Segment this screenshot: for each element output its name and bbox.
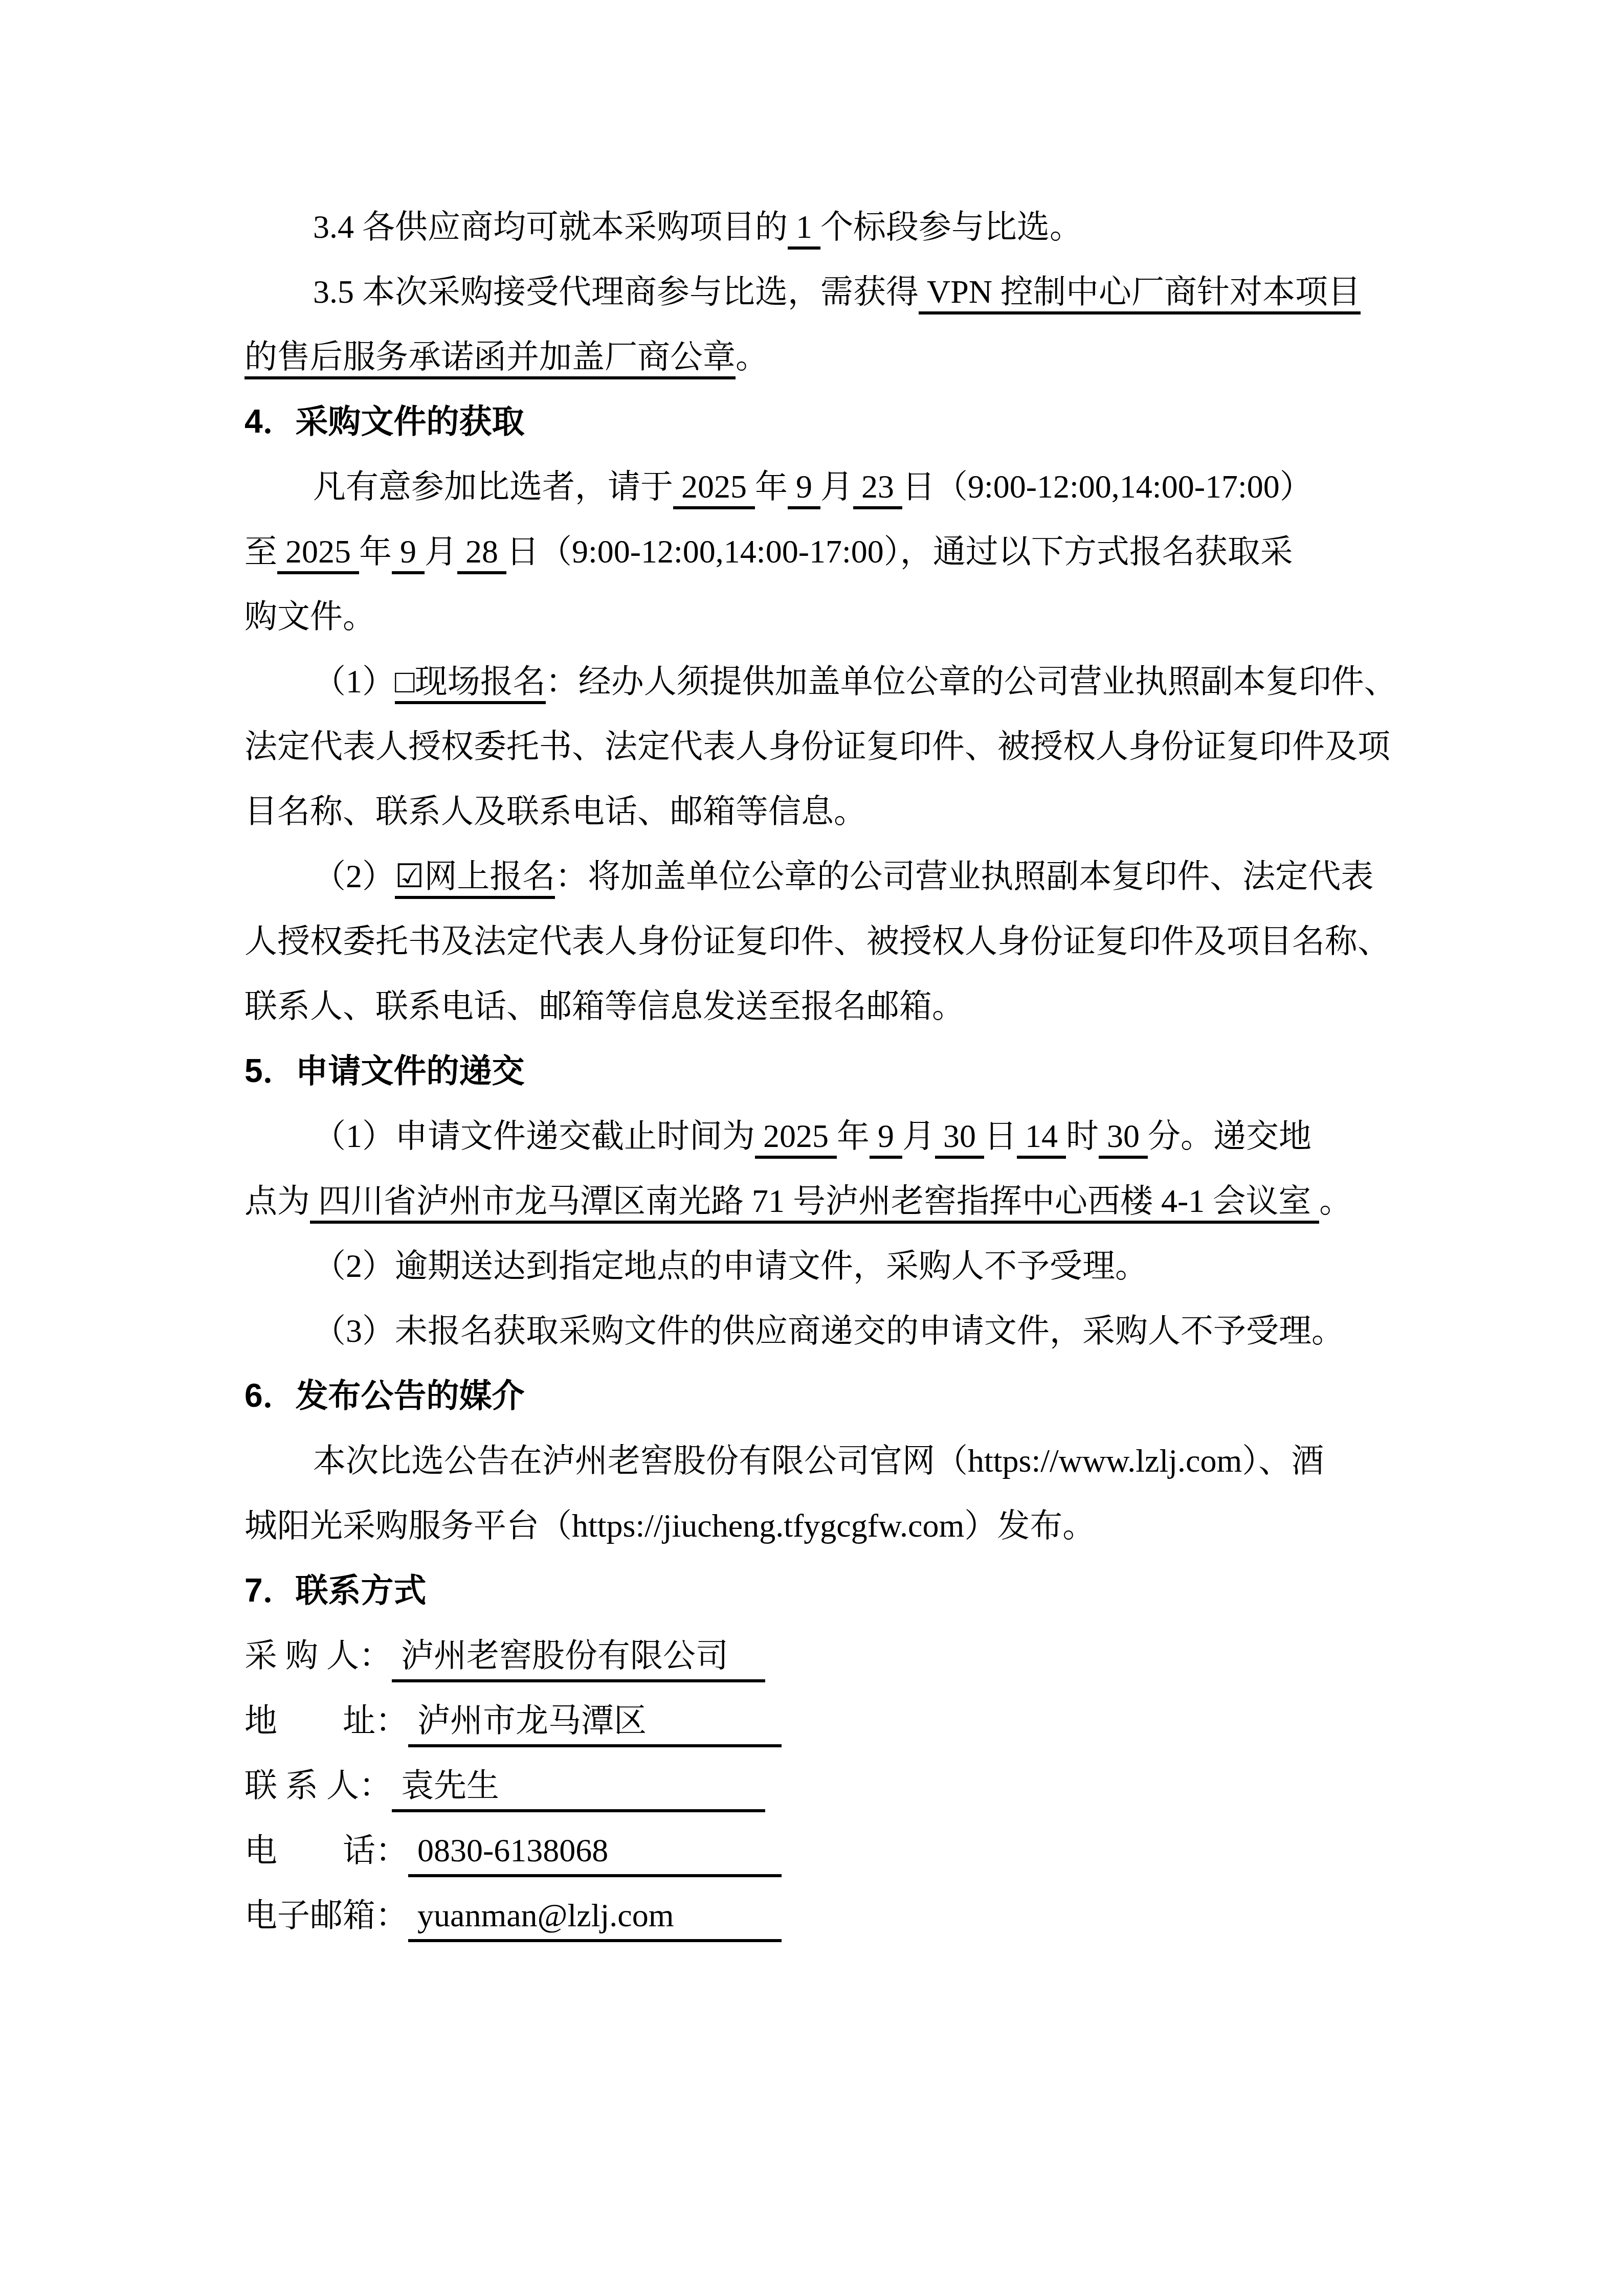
onsite-registration-line-3: 目名称、联系人及联系电话、邮箱等信息。 bbox=[244, 779, 1393, 844]
text: ：经办人须提供加盖单位公章的公司营业执照副本复印件、 bbox=[546, 663, 1397, 700]
contact-purchaser-value: 泸州老窖股份有限公司 bbox=[392, 1639, 765, 1682]
text: 个标段参与比选。 bbox=[820, 209, 1082, 245]
heading-text: 7．联系方式 bbox=[244, 1572, 427, 1609]
filled-blank-day: 30 bbox=[935, 1118, 984, 1159]
heading-text: 4．采购文件的获取 bbox=[244, 403, 525, 440]
text: 月 bbox=[425, 533, 457, 570]
text: 购文件。 bbox=[244, 598, 375, 635]
contact-label: 联 系 人： bbox=[244, 1767, 392, 1804]
filled-blank-month: 9 bbox=[870, 1118, 902, 1159]
text: 本次比选公告在泸州老窖股份有限公司官网（https://www.lzlj.com… bbox=[313, 1443, 1324, 1479]
checkbox-unchecked-icon: □ bbox=[395, 663, 415, 704]
text: 凡有意参加比选者，请于 bbox=[313, 468, 673, 505]
contact-email-value: yuanman@lzlj.com bbox=[408, 1899, 782, 1942]
filled-blank-year: 2025 bbox=[755, 1118, 837, 1159]
section-4-para-line-3: 购文件。 bbox=[244, 584, 1393, 649]
text: （3）未报名获取采购文件的供应商递交的申请文件，采购人不予受理。 bbox=[313, 1313, 1344, 1349]
deadline-line-2: 点为 四川省泸州市龙马潭区南光路 71 号泸州老窖指挥中心西楼 4-1 会议室 … bbox=[244, 1168, 1393, 1233]
media-line-2: 城阳光采购服务平台（https://jiucheng.tfygcgfw.com）… bbox=[244, 1493, 1393, 1558]
filled-blank-year: 2025 bbox=[277, 533, 359, 574]
text: 人授权委托书及法定代表人身份证复印件、被授权人身份证复印件及项目名称、 bbox=[244, 923, 1390, 959]
text: （1） bbox=[313, 663, 395, 700]
filled-blank-day: 28 bbox=[457, 533, 506, 574]
text: 法定代表人授权委托书、法定代表人身份证复印件、被授权人身份证复印件及项 bbox=[244, 728, 1390, 764]
section-6-heading: 6．发布公告的媒介 bbox=[244, 1363, 1393, 1428]
text: 月 bbox=[902, 1118, 935, 1154]
contact-phone-value: 0830-6138068 bbox=[408, 1834, 782, 1877]
online-registration-line-1: （2）☑网上报名：将加盖单位公章的公司营业执照副本复印件、法定代表 bbox=[244, 844, 1393, 909]
clause-3-5-line-2: 的售后服务承诺函并加盖厂商公章。 bbox=[244, 324, 1393, 389]
filled-blank: 1 bbox=[788, 209, 820, 250]
filled-blank-day: 23 bbox=[853, 468, 902, 509]
text: 3.5 本次采购接受代理商参与比选，需获得 bbox=[313, 274, 919, 310]
contact-label: 电 话： bbox=[244, 1832, 408, 1869]
clause-5-2: （2）逾期送达到指定地点的申请文件，采购人不予受理。 bbox=[244, 1233, 1393, 1298]
text: 城阳光采购服务平台（https://jiucheng.tfygcgfw.com）… bbox=[244, 1507, 1095, 1544]
section-7-heading: 7．联系方式 bbox=[244, 1558, 1393, 1623]
text: ：将加盖单位公章的公司营业执照副本复印件、法定代表 bbox=[555, 858, 1373, 894]
text: 目名称、联系人及联系电话、邮箱等信息。 bbox=[244, 793, 866, 829]
text: 时 bbox=[1066, 1118, 1099, 1154]
section-4-para-line-1: 凡有意参加比选者，请于 2025 年 9 月 23 日（9:00-12:00,1… bbox=[244, 454, 1393, 519]
onsite-registration-label: 现场报名 bbox=[415, 663, 546, 704]
filled-blank: 的售后服务承诺函并加盖厂商公章 bbox=[244, 339, 736, 379]
text: （2）逾期送达到指定地点的申请文件，采购人不予受理。 bbox=[313, 1248, 1148, 1284]
filled-blank-minute: 30 bbox=[1099, 1118, 1148, 1159]
contact-person-row: 联 系 人：袁先生 bbox=[244, 1753, 1393, 1818]
heading-text: 6．发布公告的媒介 bbox=[244, 1377, 525, 1414]
text: （1）申请文件递交截止时间为 bbox=[313, 1118, 755, 1154]
section-4-heading: 4．采购文件的获取 bbox=[244, 389, 1393, 454]
contact-phone-row: 电 话：0830-6138068 bbox=[244, 1818, 1393, 1883]
media-line-1: 本次比选公告在泸州老窖股份有限公司官网（https://www.lzlj.com… bbox=[244, 1428, 1393, 1493]
text: 日 bbox=[984, 1118, 1017, 1154]
contact-label: 地 址： bbox=[244, 1702, 408, 1739]
section-5-heading: 5．申请文件的递交 bbox=[244, 1039, 1393, 1104]
heading-text: 5．申请文件的递交 bbox=[244, 1052, 525, 1089]
filled-blank-month: 9 bbox=[788, 468, 820, 509]
text: 年 bbox=[837, 1118, 870, 1154]
text: 。 bbox=[736, 339, 768, 375]
text: 年 bbox=[755, 468, 788, 505]
contact-address-value: 泸州市龙马潭区 bbox=[408, 1704, 782, 1747]
text: （2） bbox=[313, 858, 395, 894]
text: 分。递交地 bbox=[1148, 1118, 1311, 1154]
document-page: { "page": { "background": "#ffffff", "te… bbox=[0, 0, 1624, 2296]
filled-blank-month: 9 bbox=[392, 533, 425, 574]
clause-5-3: （3）未报名获取采购文件的供应商递交的申请文件，采购人不予受理。 bbox=[244, 1298, 1393, 1363]
text: 月 bbox=[820, 468, 853, 505]
clause-3-4: 3.4 各供应商均可就本采购项目的 1 个标段参与比选。 bbox=[244, 194, 1393, 259]
checkbox-checked-icon: ☑ bbox=[395, 858, 424, 899]
contact-purchaser-row: 采 购 人：泸州老窖股份有限公司 bbox=[244, 1623, 1393, 1688]
contact-label: 采 购 人： bbox=[244, 1637, 392, 1674]
contact-email-row: 电子邮箱：yuanman@lzlj.com bbox=[244, 1883, 1393, 1948]
deadline-line-1: （1）申请文件递交截止时间为 2025 年 9 月 30 日 14 时 30 分… bbox=[244, 1104, 1393, 1168]
filled-blank-hour: 14 bbox=[1017, 1118, 1066, 1159]
section-4-para-line-2: 至 2025 年 9 月 28 日（9:00-12:00,14:00-17:00… bbox=[244, 519, 1393, 584]
text: 日（9:00-12:00,14:00-17:00） bbox=[902, 468, 1312, 505]
onsite-registration-line-1: （1）□现场报名：经办人须提供加盖单位公章的公司营业执照副本复印件、 bbox=[244, 649, 1393, 714]
text: 点为 bbox=[244, 1183, 310, 1219]
contact-label: 电子邮箱： bbox=[244, 1897, 408, 1933]
filled-blank: VPN 控制中心厂商针对本项目 bbox=[919, 274, 1361, 314]
contact-address-row: 地 址：泸州市龙马潭区 bbox=[244, 1688, 1393, 1753]
filled-blank-address: 四川省泸州市龙马潭区南光路 71 号泸州老窖指挥中心西楼 4-1 会议室 bbox=[310, 1183, 1319, 1224]
onsite-registration-line-2: 法定代表人授权委托书、法定代表人身份证复印件、被授权人身份证复印件及项 bbox=[244, 714, 1393, 779]
clause-3-5-line-1: 3.5 本次采购接受代理商参与比选，需获得 VPN 控制中心厂商针对本项目 bbox=[244, 259, 1393, 324]
filled-blank-year: 2025 bbox=[673, 468, 755, 509]
text: 至 bbox=[244, 533, 277, 570]
online-registration-label: 网上报名 bbox=[424, 858, 555, 899]
notice-body: 3.4 各供应商均可就本采购项目的 1 个标段参与比选。 3.5 本次采购接受代… bbox=[244, 194, 1393, 1948]
text: 年 bbox=[359, 533, 392, 570]
text: 3.4 各供应商均可就本采购项目的 bbox=[313, 209, 788, 245]
text: 。 bbox=[1319, 1183, 1352, 1219]
text: 日（9:00-12:00,14:00-17:00），通过以下方式报名获取采 bbox=[506, 533, 1293, 570]
text: 联系人、联系电话、邮箱等信息发送至报名邮箱。 bbox=[244, 988, 965, 1024]
online-registration-line-2: 人授权委托书及法定代表人身份证复印件、被授权人身份证复印件及项目名称、 bbox=[244, 909, 1393, 974]
contact-person-value: 袁先生 bbox=[392, 1769, 765, 1812]
online-registration-line-3: 联系人、联系电话、邮箱等信息发送至报名邮箱。 bbox=[244, 974, 1393, 1039]
